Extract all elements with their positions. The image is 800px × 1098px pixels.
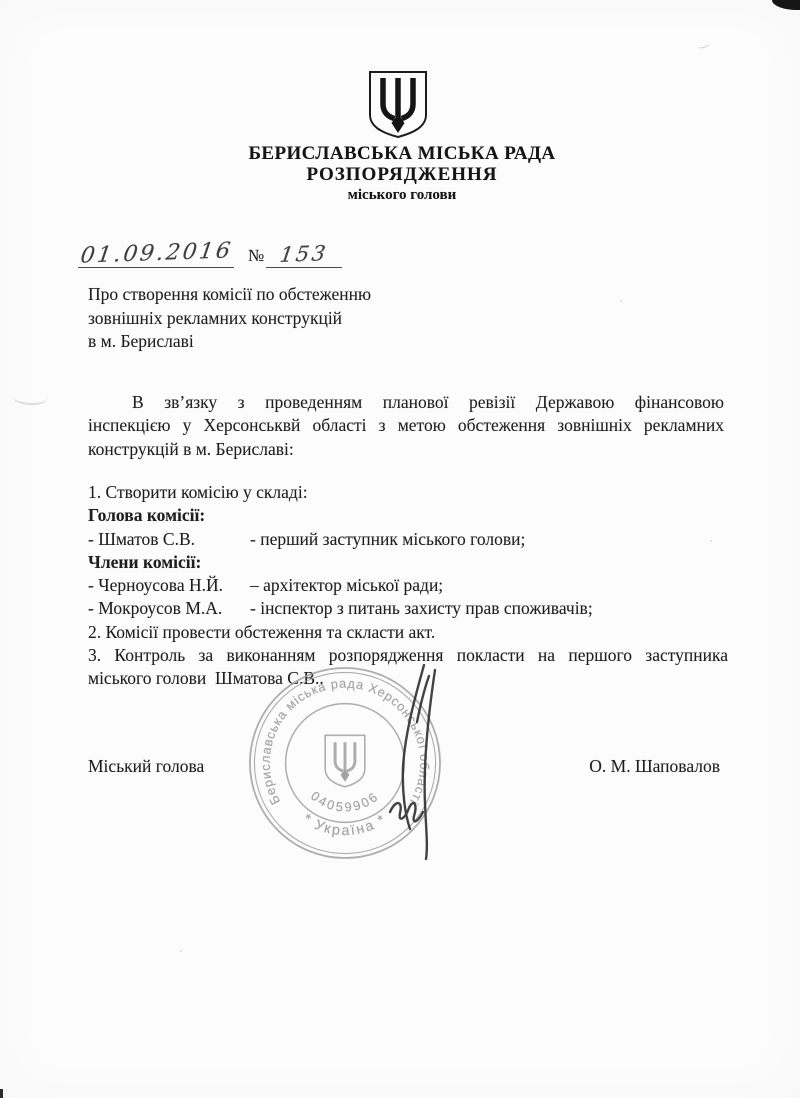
stamp-code: 04059906	[308, 788, 382, 815]
ukraine-trident-emblem-icon	[366, 69, 430, 140]
member-role: - перший заступник міського голови;	[250, 528, 728, 551]
date-underline: 01.09.2016	[78, 241, 234, 268]
scanned-document-page: БЕРИСЛАВСЬКА МІСЬКА РАДА РОЗПОРЯДЖЕННЯ м…	[0, 0, 800, 1098]
date-number-line: 01.09.2016 № 153	[78, 234, 342, 268]
member-role: – архітектор міської ради;	[250, 574, 728, 597]
member-name: - Шматов С.В.	[88, 528, 250, 551]
scan-speck	[180, 950, 182, 952]
scan-speck	[710, 540, 712, 542]
svg-text:* Україна *: * Україна *	[300, 811, 390, 839]
member-role: - інспектор з питань захисту прав спожив…	[250, 597, 728, 620]
roster-row: - Черноусова Н.Й. – архітектор міської р…	[88, 574, 728, 597]
stamp-country-text: * Україна *	[300, 811, 390, 839]
document-issuer: міського голови	[0, 187, 800, 204]
subject-line: в м. Бериславі	[88, 330, 508, 354]
scan-corner-artifact	[772, 0, 800, 10]
members-label: Члени комісії:	[88, 551, 728, 574]
number-sign: №	[248, 246, 264, 268]
roster-row: - Шматов С.В. - перший заступник міськог…	[88, 528, 728, 551]
order-items: 1. Створити комісію у складі: Голова ком…	[88, 481, 728, 691]
subject-line: Про створення комісії по обстеженню	[88, 283, 508, 307]
intro-line: конструкцій в м. Бериславі:	[88, 438, 724, 461]
subject-block: Про створення комісії по обстеженню зовн…	[88, 283, 508, 354]
chair-label: Голова комісії:	[88, 504, 728, 527]
roster-row: - Мокроусов М.А. - інспектор з питань за…	[88, 597, 728, 620]
signoff-title: Міський голова	[88, 756, 204, 777]
number-underline: 153	[266, 242, 342, 268]
svg-text:04059906: 04059906	[308, 788, 382, 815]
signoff-name: О. М. Шаповалов	[589, 756, 734, 777]
intro-line: інспекцією у Херсонськвй області з метою…	[88, 414, 724, 437]
scan-squiggle-artifact	[696, 39, 711, 50]
intro-line: В зв’язку з проведенням планової ревізії…	[88, 391, 724, 414]
intro-paragraph: В зв’язку з проведенням планової ревізії…	[88, 391, 724, 461]
handwritten-number: 153	[279, 241, 330, 268]
item-1: 1. Створити комісію у складі:	[88, 481, 728, 504]
subject-line: зовнішніх рекламних конструкцій	[88, 307, 508, 331]
organization-name: БЕРИСЛАВСЬКА МІСЬКА РАДА	[0, 143, 800, 165]
handwritten-date: 01.09.2016	[78, 238, 233, 269]
scan-bottom-left-artifact	[0, 1089, 3, 1098]
scan-edge-mark-artifact	[12, 388, 49, 406]
member-name: - Мокроусов М.А.	[88, 597, 250, 620]
scan-speck	[620, 300, 622, 302]
signoff-row: Міський голова О. М. Шаповалов	[88, 756, 734, 777]
document-type-title: РОЗПОРЯДЖЕННЯ	[0, 164, 800, 186]
member-name: - Черноусова Н.Й.	[88, 574, 250, 597]
item-2: 2. Комісії провести обстеження та скласт…	[88, 621, 728, 644]
